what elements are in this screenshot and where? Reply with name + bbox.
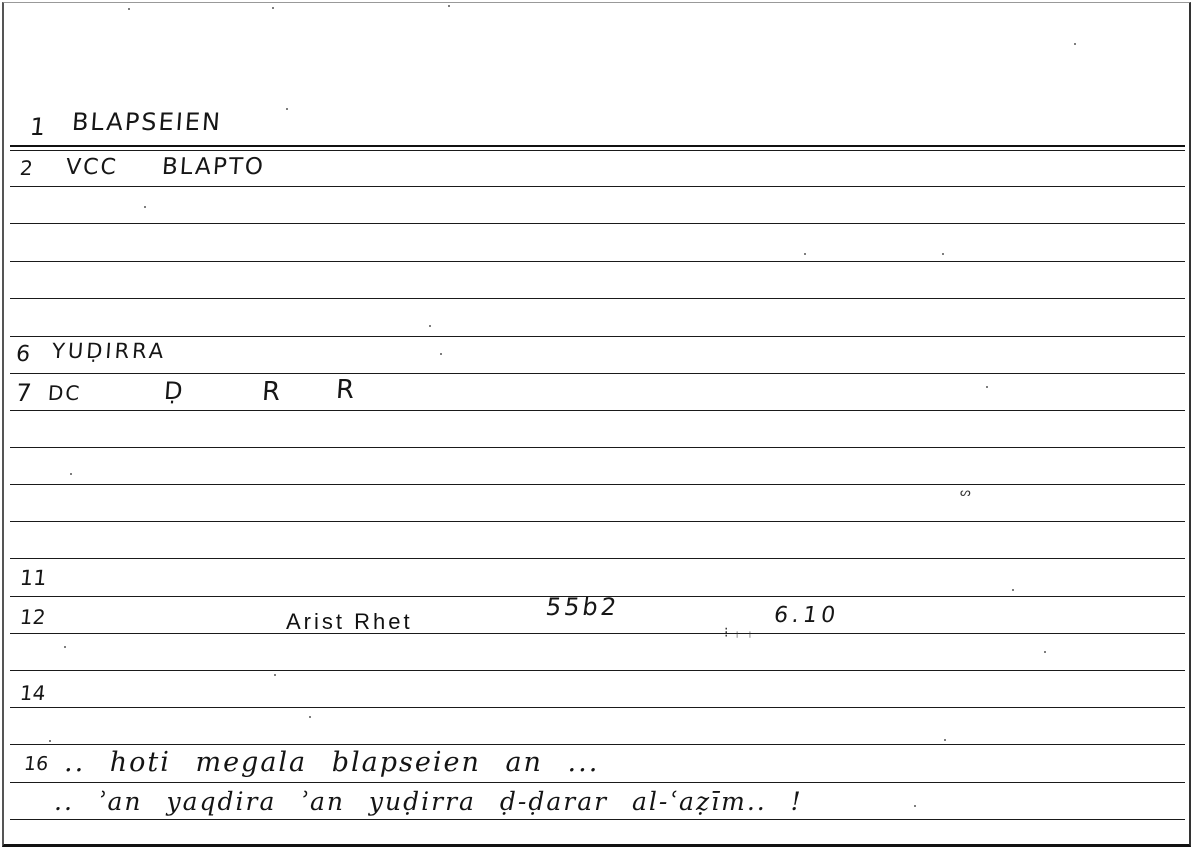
- line-number: 6: [15, 342, 32, 367]
- arabic-lemma: YUḌIRRA: [51, 339, 167, 363]
- greek-root: BLAPTO: [161, 154, 266, 180]
- speck: [942, 253, 944, 255]
- speck: [128, 8, 130, 10]
- source-citation: Arist Rhet: [286, 609, 413, 635]
- greek-quotation: .. hoti megala blapseien an ...: [64, 747, 599, 778]
- speck: [272, 7, 274, 9]
- ruled-line: [10, 410, 1185, 411]
- ruled-line: [10, 819, 1185, 820]
- speck: [1044, 651, 1046, 653]
- speck: [986, 386, 988, 388]
- speck: [804, 253, 806, 255]
- ruled-line: [10, 298, 1185, 299]
- arabic-quotation: .. ʾan yaqdira ʾan yuḍirra ḍ-ḍarar al-ʿa…: [54, 787, 803, 816]
- ruled-line: [10, 484, 1185, 485]
- scribble-mark: ᔕ: [960, 485, 971, 499]
- ruled-line: [10, 373, 1185, 374]
- greek-lemma: BLAPSEIEN: [71, 108, 223, 136]
- ruled-line: [10, 633, 1185, 634]
- ruled-line: [10, 223, 1185, 224]
- speck: [448, 5, 450, 7]
- speck: [70, 473, 72, 475]
- speck: [49, 740, 51, 742]
- ruled-line: [10, 145, 1185, 147]
- speck: [309, 716, 311, 718]
- speck: [1074, 43, 1076, 45]
- line-number: 11: [19, 566, 48, 590]
- ruled-line: [10, 150, 1185, 151]
- arabic-root-letter: R: [261, 377, 283, 407]
- arabic-root-letter: R: [335, 375, 357, 405]
- line-number: 2: [19, 156, 34, 180]
- margin-mark: ⁝ ᛧ ᛧ: [724, 625, 754, 641]
- speck: [944, 739, 946, 741]
- pattern-label: DC: [47, 381, 82, 405]
- speck: [286, 108, 288, 110]
- speck: [440, 353, 442, 355]
- bekker-reference: 55b2: [544, 593, 621, 621]
- page-reference: 6.10: [772, 603, 840, 628]
- ruled-line: [10, 558, 1185, 559]
- speck: [274, 674, 276, 676]
- speck: [1012, 589, 1014, 591]
- line-number: 16: [23, 753, 49, 775]
- speck: [914, 805, 916, 807]
- ruled-line: [10, 447, 1185, 448]
- ruled-line: [10, 261, 1185, 262]
- ruled-line: [10, 670, 1185, 671]
- ruled-line: [10, 744, 1185, 745]
- line-number: 7: [15, 379, 33, 407]
- index-card: 1 BLAPSEIEN 2 VCC BLAPTO 6 YUḌIRRA 7 DC …: [2, 2, 1191, 847]
- arabic-root-letter: Ḍ: [163, 377, 185, 405]
- pattern-label: VCC: [65, 155, 119, 180]
- speck: [64, 646, 66, 648]
- ruled-line: [10, 782, 1185, 783]
- line-number: 14: [19, 681, 47, 705]
- ruled-line: [10, 186, 1185, 187]
- ruled-line: [10, 707, 1185, 708]
- speck: [144, 206, 146, 208]
- ruled-line: [10, 336, 1185, 337]
- line-number: 1: [29, 113, 47, 141]
- speck: [429, 325, 431, 327]
- ruled-line: [10, 521, 1185, 522]
- line-number: 12: [19, 605, 47, 629]
